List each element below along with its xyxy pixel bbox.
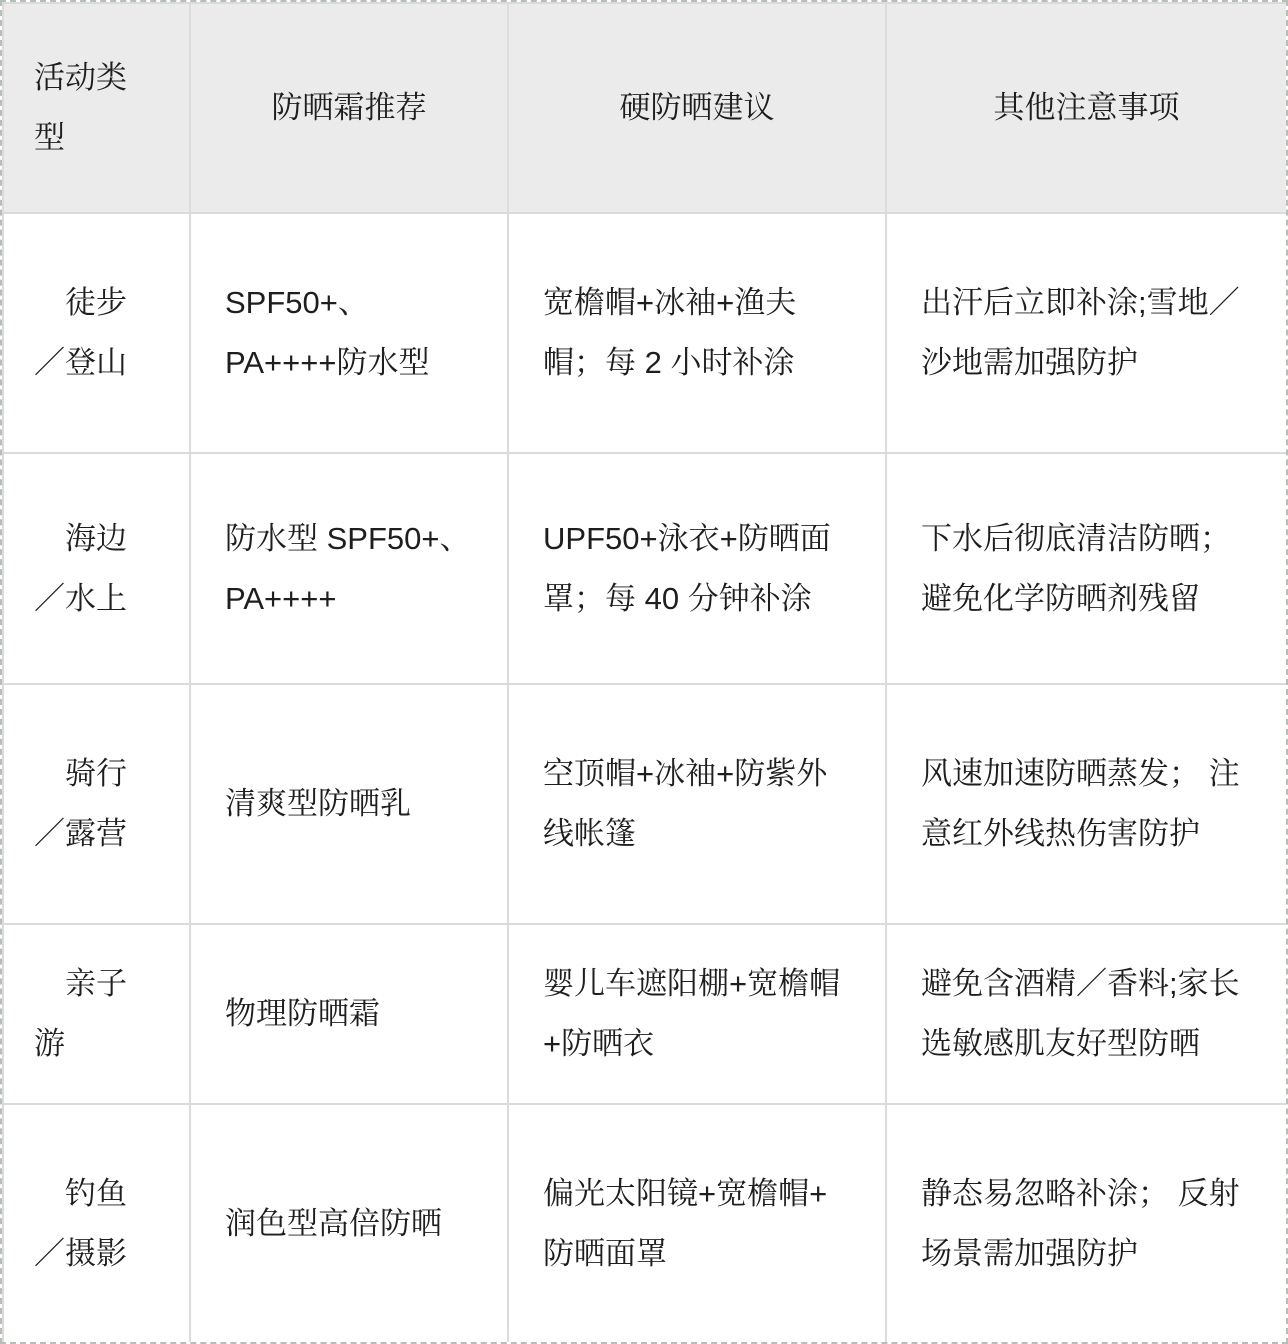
cell-activity: 徒步 ／登山	[3, 213, 190, 453]
cell-sunscreen: 润色型高倍防晒	[190, 1104, 508, 1343]
cell-sunscreen: SPF50+、 PA++++防水型	[190, 213, 508, 453]
table-row-hiking: 徒步 ／登山 SPF50+、 PA++++防水型 宽檐帽+冰袖+渔夫 帽；每 2…	[3, 213, 1287, 453]
table-row-fishing-photography: 钓鱼 ／摄影 润色型高倍防晒 偏光太阳镜+宽檐帽+ 防晒面罩 静态易忽略补涂； …	[3, 1104, 1287, 1343]
sunscreen-advice-table: 活动类 型 防晒霜推荐 硬防晒建议 其他注意事项 徒步 ／登山 SPF50+、 …	[2, 2, 1288, 1344]
cell-activity: 海边 ／水上	[3, 453, 190, 684]
cell-activity: 亲子 游	[3, 924, 190, 1104]
table-row-beach: 海边 ／水上 防水型 SPF50+、 PA++++ UPF50+泳衣+防晒面 罩…	[3, 453, 1287, 684]
table-row-family-trip: 亲子 游 物理防晒霜 婴儿车遮阳棚+宽檐帽 +防晒衣 避免含酒精／香料;家长 选…	[3, 924, 1287, 1104]
table-selection-frame: 活动类 型 防晒霜推荐 硬防晒建议 其他注意事项 徒步 ／登山 SPF50+、 …	[0, 0, 1288, 1344]
header-cell-activity-type: 活动类 型	[3, 3, 190, 213]
cell-notes: 出汗后立即补涂;雪地／ 沙地需加强防护	[886, 213, 1287, 453]
table-header: 活动类 型 防晒霜推荐 硬防晒建议 其他注意事项	[3, 3, 1287, 213]
cell-notes: 静态易忽略补涂； 反射 场景需加强防护	[886, 1104, 1287, 1343]
header-cell-other-notes: 其他注意事项	[886, 3, 1287, 213]
cell-activity: 骑行 ／露营	[3, 684, 190, 924]
cell-notes: 下水后彻底清洁防晒； 避免化学防晒剂残留	[886, 453, 1287, 684]
cell-hard-protection: 宽檐帽+冰袖+渔夫 帽；每 2 小时补涂	[508, 213, 886, 453]
cell-sunscreen: 物理防晒霜	[190, 924, 508, 1104]
cell-sunscreen: 清爽型防晒乳	[190, 684, 508, 924]
cell-sunscreen: 防水型 SPF50+、 PA++++	[190, 453, 508, 684]
cell-hard-protection: 偏光太阳镜+宽檐帽+ 防晒面罩	[508, 1104, 886, 1343]
table-body: 徒步 ／登山 SPF50+、 PA++++防水型 宽檐帽+冰袖+渔夫 帽；每 2…	[3, 213, 1287, 1343]
cell-notes: 风速加速防晒蒸发； 注 意红外线热伤害防护	[886, 684, 1287, 924]
cell-hard-protection: UPF50+泳衣+防晒面 罩；每 40 分钟补涂	[508, 453, 886, 684]
header-cell-hard-protection-advice: 硬防晒建议	[508, 3, 886, 213]
cell-activity: 钓鱼 ／摄影	[3, 1104, 190, 1343]
header-cell-sunscreen-recommendation: 防晒霜推荐	[190, 3, 508, 213]
cell-hard-protection: 空顶帽+冰袖+防紫外 线帐篷	[508, 684, 886, 924]
cell-hard-protection: 婴儿车遮阳棚+宽檐帽 +防晒衣	[508, 924, 886, 1104]
table-row-cycling-camping: 骑行 ／露营 清爽型防晒乳 空顶帽+冰袖+防紫外 线帐篷 风速加速防晒蒸发； 注…	[3, 684, 1287, 924]
cell-notes: 避免含酒精／香料;家长 选敏感肌友好型防晒	[886, 924, 1287, 1104]
header-row: 活动类 型 防晒霜推荐 硬防晒建议 其他注意事项	[3, 3, 1287, 213]
